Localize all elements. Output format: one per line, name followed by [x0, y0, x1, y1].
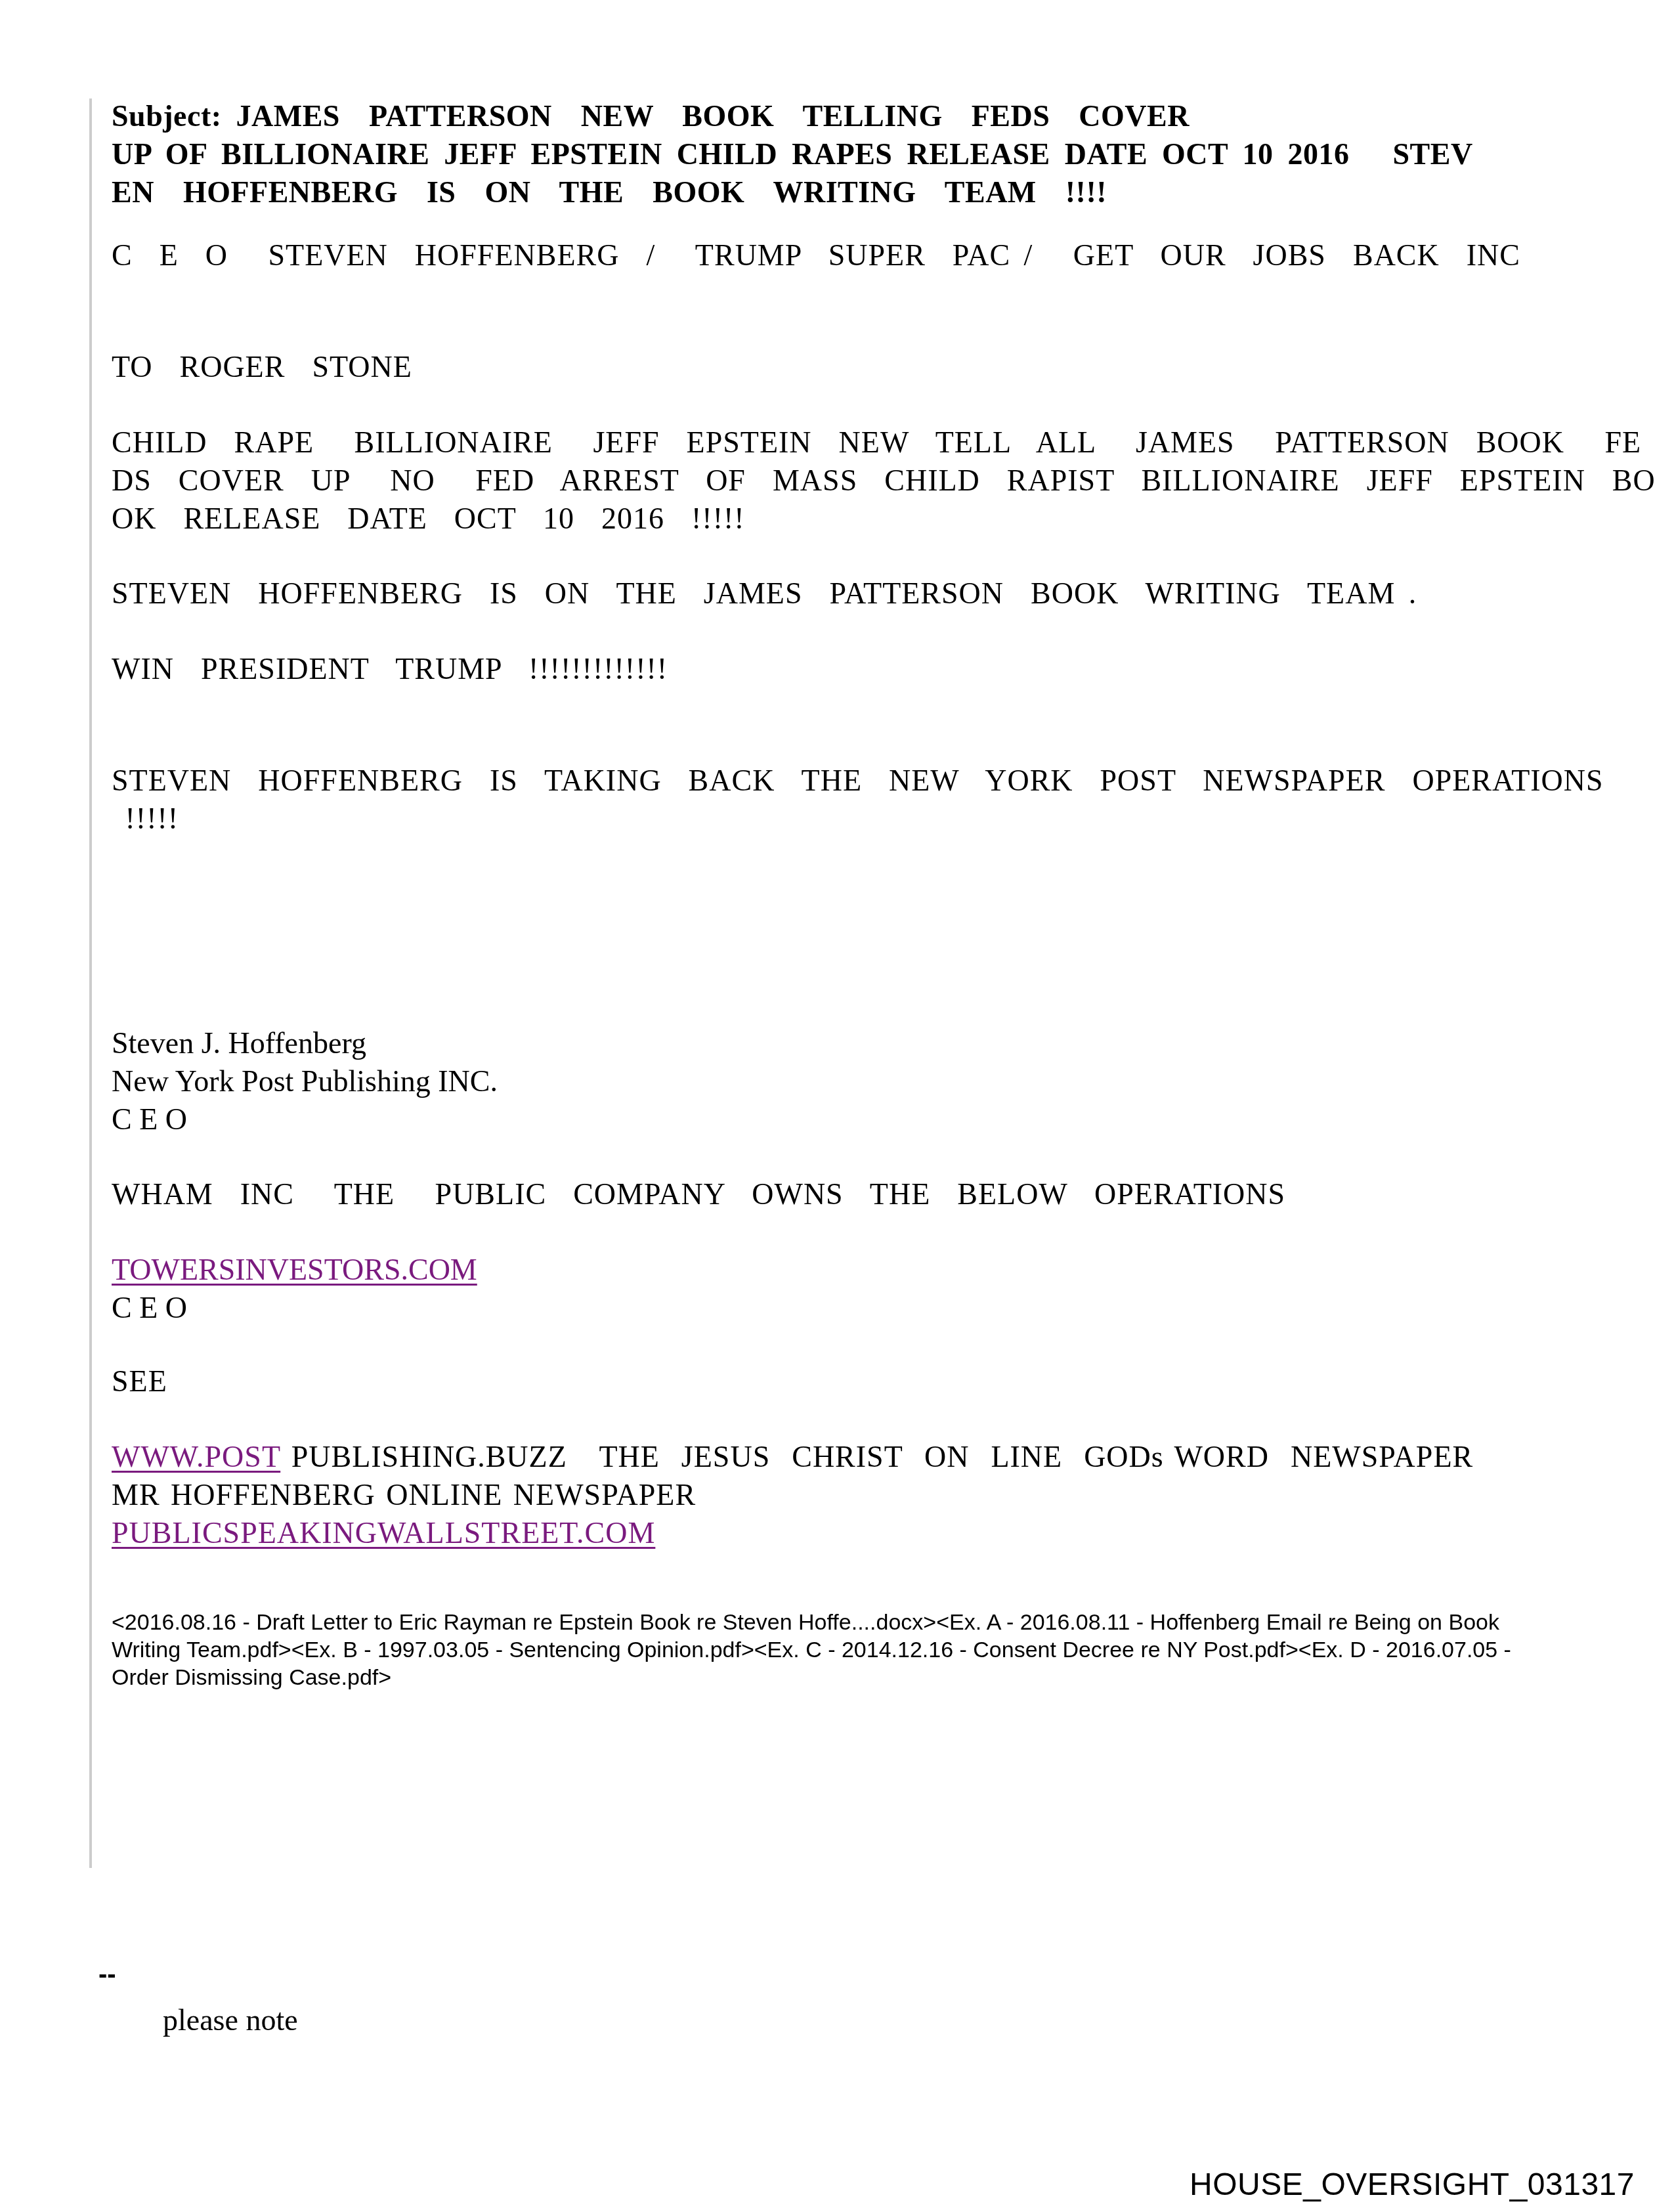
paragraph-4-line-2: !!!!! [112, 800, 1569, 838]
attachments-list: <2016.08.16 - Draft Letter to Eric Rayma… [112, 1609, 1556, 1691]
subject-line-1: JAMES PATTERSON NEW BOOK TELLING FEDS CO… [236, 99, 1190, 133]
document-page: Subject: JAMES PATTERSON NEW BOOK TELLIN… [0, 0, 1674, 2212]
recipient-line: TO ROGER STONE [112, 348, 1569, 386]
sender-line: C E O STEVEN HOFFENBERG / TRUMP SUPER PA… [112, 236, 1569, 274]
email-subject: Subject: JAMES PATTERSON NEW BOOK TELLIN… [112, 97, 1569, 211]
post-publishing-description: PUBLISHING.BUZZ THE JESUS CHRIST ON LINE… [280, 1440, 1473, 1473]
body-paragraph-3: WIN PRESIDENT TRUMP !!!!!!!!!!!!! [112, 650, 1569, 688]
quoted-message-bar [89, 98, 92, 1868]
towers-title: C E O [112, 1289, 1569, 1327]
see-label: SEE [112, 1362, 1569, 1400]
towers-block: TOWERSINVESTORS.COM C E O [112, 1251, 1569, 1327]
signature-title: C E O [112, 1100, 1569, 1139]
publicspeakingwallstreet-link[interactable]: PUBLICSPEAKINGWALLSTREET.COM [112, 1516, 655, 1550]
see-text: SEE [112, 1362, 1569, 1400]
paragraph-1-line-1: CHILD RAPE BILLIONAIRE JEFF EPSTEIN NEW … [112, 423, 1569, 462]
please-note-text: please note [163, 2003, 298, 2037]
signature-block: Steven J. Hoffenberg New York Post Publi… [112, 1024, 1569, 1139]
attachments-text: <2016.08.16 - Draft Letter to Eric Rayma… [112, 1610, 1511, 1690]
sender-text: C E O STEVEN HOFFENBERG / TRUMP SUPER PA… [112, 236, 1569, 274]
wham-text: WHAM INC THE PUBLIC COMPANY OWNS THE BEL… [112, 1175, 1569, 1213]
wham-line: WHAM INC THE PUBLIC COMPANY OWNS THE BEL… [112, 1175, 1569, 1213]
paragraph-1-line-3: OK RELEASE DATE OCT 10 2016 !!!!! [112, 500, 1569, 538]
towersinvestors-link[interactable]: TOWERSINVESTORS.COM [112, 1253, 477, 1286]
body-paragraph-1: CHILD RAPE BILLIONAIRE JEFF EPSTEIN NEW … [112, 423, 1569, 538]
paragraph-4-line-1: STEVEN HOFFENBERG IS TAKING BACK THE NEW… [112, 762, 1569, 800]
signature-separator: -- [98, 1960, 116, 1989]
body-paragraph-4: STEVEN HOFFENBERG IS TAKING BACK THE NEW… [112, 762, 1569, 838]
signature-name: Steven J. Hoffenberg [112, 1024, 1569, 1062]
paragraph-3-text: WIN PRESIDENT TRUMP !!!!!!!!!!!!! [112, 650, 1569, 688]
bates-number: HOUSE_OVERSIGHT_031317 [1190, 2167, 1635, 2203]
links-block: WWW.POST PUBLISHING.BUZZ THE JESUS CHRIS… [112, 1438, 1569, 1552]
paragraph-1-line-2: DS COVER UP NO FED ARREST OF MASS CHILD … [112, 462, 1569, 500]
subject-label: Subject: [112, 99, 222, 133]
subject-line-2: UP OF BILLIONAIRE JEFF EPSTEIN CHILD RAP… [112, 135, 1569, 173]
body-paragraph-2: STEVEN HOFFENBERG IS ON THE JAMES PATTER… [112, 575, 1569, 613]
recipient-text: TO ROGER STONE [112, 348, 1569, 386]
signature-company: New York Post Publishing INC. [112, 1062, 1569, 1100]
paragraph-2-text: STEVEN HOFFENBERG IS ON THE JAMES PATTER… [112, 575, 1569, 613]
online-newspaper-line: MR HOFFENBERG ONLINE NEWSPAPER [112, 1476, 1569, 1514]
post-publishing-link[interactable]: WWW.POST [112, 1440, 280, 1473]
subject-line-3: EN HOFFENBERG IS ON THE BOOK WRITING TEA… [112, 173, 1569, 211]
